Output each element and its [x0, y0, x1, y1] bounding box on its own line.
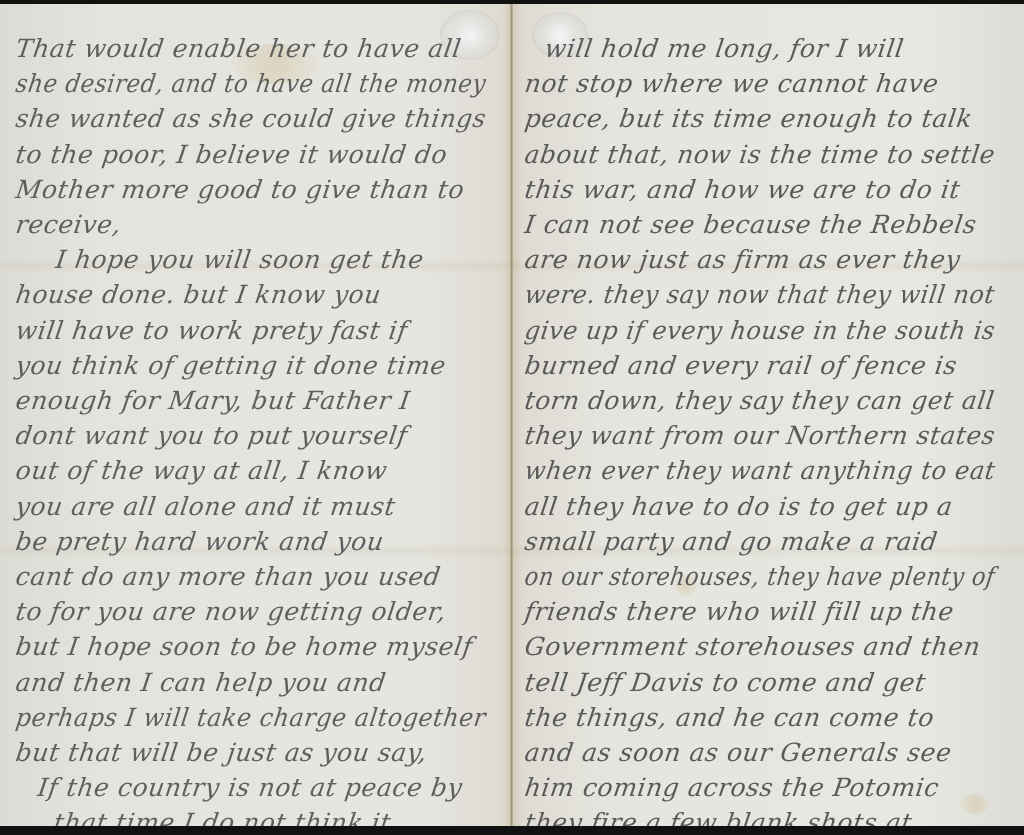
handwritten-line: they want from our Northern states — [523, 421, 997, 450]
handwritten-line: about that, now is the time to settle — [523, 140, 997, 169]
handwritten-line: burned and every rail of fence is — [523, 351, 959, 380]
handwritten-line: but I hope soon to be home myself — [14, 632, 475, 661]
left-page: That would enable her to have allshe des… — [0, 4, 512, 826]
handwritten-line: I can not see because the Rebbels — [523, 210, 979, 239]
handwritten-line: cant do any more than you used — [14, 562, 443, 591]
handwritten-line: when ever they want anything to eat — [523, 456, 998, 485]
handwritten-line: and as soon as our Generals see — [523, 738, 954, 767]
handwritten-line: to for you are now getting older, — [14, 597, 448, 626]
handwritten-line: and then I can help you and — [14, 668, 388, 697]
handwritten-line: the things, and he can come to — [523, 703, 936, 732]
handwritten-line: she desired, and to have all the money — [14, 69, 488, 98]
handwritten-line: that time I do not think it — [52, 808, 393, 826]
handwritten-line: friends there who will fill up the — [523, 597, 956, 626]
handwritten-line: small party and go make a raid — [523, 527, 940, 556]
handwritten-line: Government storehouses and then — [523, 632, 983, 661]
handwritten-line: If the country is not at peace by — [36, 773, 465, 802]
handwritten-line: tell Jeff Davis to come and get — [523, 668, 928, 697]
handwritten-line: to the poor, I believe it would do — [14, 140, 449, 169]
handwritten-line: but that will be just as you say, — [14, 738, 429, 767]
handwritten-line: peace, but its time enough to talk — [523, 104, 975, 133]
right-page: will hold me long, for I willnot stop wh… — [513, 4, 1024, 826]
handwritten-line: she wanted as she could give things — [14, 104, 488, 133]
handwritten-line: Mother more good to give than to — [14, 175, 466, 204]
handwritten-line: you think of getting it done time — [14, 351, 448, 380]
handwritten-line: be prety hard work and you — [14, 527, 386, 556]
handwritten-line: you are all alone and it must — [14, 492, 398, 521]
handwritten-line: this war, and how we are to do it — [523, 175, 962, 204]
handwritten-line: torn down, they say they can get all — [523, 386, 997, 415]
handwritten-line: him coming across the Potomic — [523, 773, 941, 802]
handwritten-line: out of the way at all, I know — [14, 456, 389, 485]
handwritten-line: give up if every house in the south is — [523, 316, 997, 345]
handwritten-line: enough for Mary, but Father I — [14, 386, 412, 415]
handwritten-line: I hope you will soon get the — [54, 245, 426, 274]
handwritten-line: not stop where we cannot have — [523, 69, 941, 98]
handwritten-line: will have to work prety fast if — [14, 316, 410, 345]
handwritten-line: That would enable her to have all — [14, 34, 463, 63]
letter-scan: That would enable her to have allshe des… — [0, 4, 1024, 826]
handwritten-line: they fire a few blank shots at — [523, 808, 914, 826]
handwritten-line: will hold me long, for I will — [543, 34, 906, 63]
handwritten-line: all they have to do is to get up a — [523, 492, 955, 521]
handwritten-line: dont want you to put yourself — [14, 421, 409, 450]
handwritten-line: perhaps I will take charge altogether — [14, 703, 488, 732]
handwritten-line: are now just as firm as ever they — [523, 245, 963, 274]
handwritten-line: on our storehouses, they have plenty of — [523, 562, 997, 591]
handwritten-line: were. they say now that they will not — [523, 280, 997, 309]
handwritten-line: receive, — [14, 210, 123, 239]
handwritten-line: house done. but I know you — [14, 280, 383, 309]
